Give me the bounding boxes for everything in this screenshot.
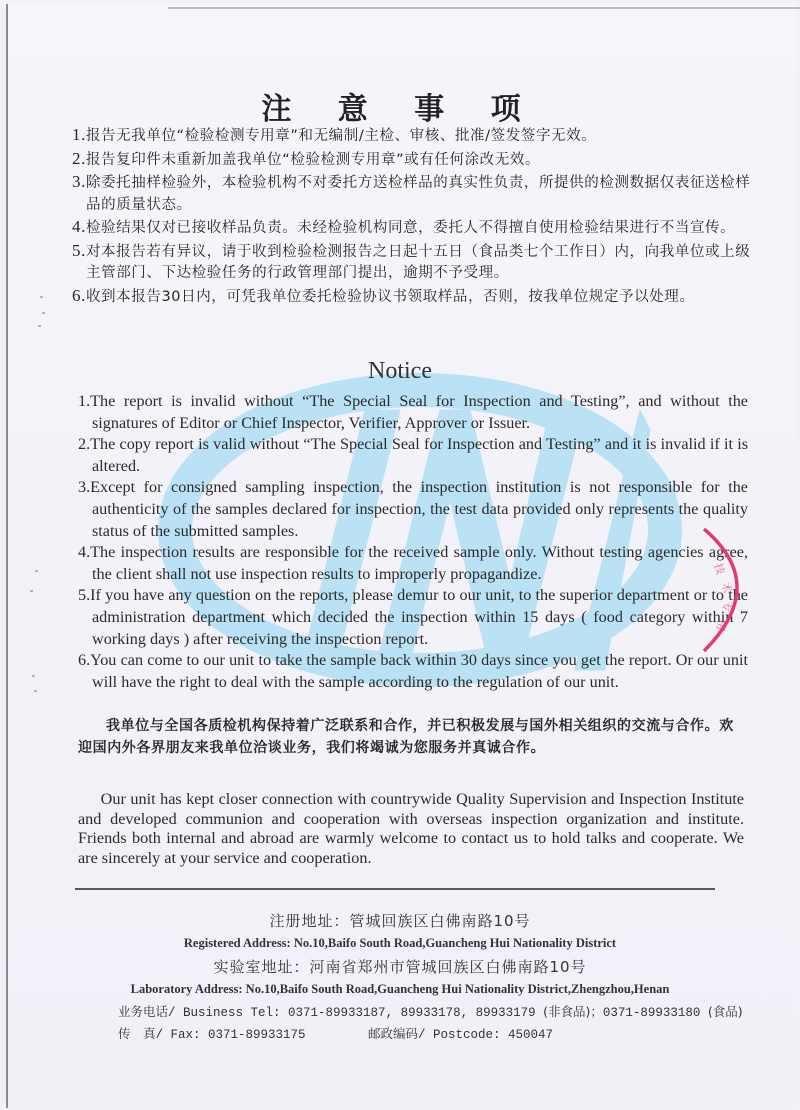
cn-note-item: 5.对本报告若有异议，请于收到检验检测报告之日起十五日（食品类七个工作日）内，向… — [72, 240, 752, 285]
fax-label-cn: 传 真 — [118, 1026, 156, 1041]
footer-divider — [75, 888, 715, 890]
business-tel: 业务电话/ Business Tel: 0371-89933187, 89933… — [118, 1002, 743, 1020]
scan-edge — [168, 7, 800, 9]
tel-label-cn: 业务电话 — [118, 1004, 168, 1019]
tel-label-en: / Business Tel: — [168, 1006, 288, 1020]
tel-food-tag: (食品) — [708, 1004, 743, 1019]
page-title-cn: 注 意 事 项 — [0, 84, 800, 128]
cooperation-text-en: Our unit has kept closer connection with… — [78, 790, 744, 868]
cn-note-item: 4.检验结果仅对已接收样品负责。未经检验机构同意，委托人不得擅自使用检验结果进行… — [72, 216, 752, 240]
en-note-item: 6.You can come to our unit to take the s… — [78, 650, 748, 693]
en-note-item: 3.Except for consigned sampling inspecti… — [78, 477, 748, 542]
scan-mark — [40, 296, 43, 298]
en-note-item: 5.If you have any question on the report… — [78, 585, 748, 650]
registered-address-en: Registered Address: No.10,Baifo South Ro… — [0, 936, 800, 951]
tel-nonfood-tag: (非食品) — [543, 1004, 590, 1019]
fax-label-en: / Fax: — [156, 1028, 209, 1042]
cn-note-item: 2.报告复印件未重新加盖我单位“检验检测专用章”或有任何涂改无效。 — [72, 148, 752, 172]
cooperation-text-cn: 我单位与全国各质检机构保持着广泛联系和合作，并已积极发展与国外相关组织的交流与合… — [78, 716, 742, 759]
scan-mark — [35, 570, 38, 572]
cn-note-item: 6.收到本报告30日内，可凭我单位委托检验协议书领取样品，否则，按我单位规定予以… — [72, 285, 752, 309]
en-note-item: 4.The inspection results are responsible… — [78, 542, 748, 585]
scan-mark — [38, 325, 41, 327]
en-notes-list: 1.The report is invalid without “The Spe… — [78, 391, 748, 693]
postcode: 邮政编码/ Postcode: 450047 — [368, 1024, 553, 1042]
cn-note-item: 3.除委托抽样检验外，本检验机构不对委托方送检样品的真实性负责，所提供的检测数据… — [72, 171, 752, 216]
scan-mark — [42, 312, 45, 314]
registered-address-cn: 注册地址：管城回族区白佛南路10号 — [0, 910, 800, 931]
lab-address-cn: 实验室地址：河南省郑州市管城回族区白佛南路10号 — [0, 956, 800, 977]
en-note-item: 2.The copy report is valid without “The … — [78, 434, 748, 477]
scan-mark — [34, 690, 37, 692]
fax-number: 0371-89933175 — [208, 1028, 306, 1042]
cn-notes-list: 1.报告无我单位“检验检测专用章”和无编制/主检、审核、批准/签发签字无效。 2… — [72, 124, 752, 308]
notice-title: Notice — [0, 358, 800, 385]
en-note-item: 1.The report is invalid without “The Spe… — [78, 391, 748, 434]
cn-note-item: 1.报告无我单位“检验检测专用章”和无编制/主检、审核、批准/签发签字无效。 — [72, 124, 752, 148]
scan-mark — [30, 590, 33, 592]
lab-address-en: Laboratory Address: No.10,Baifo South Ro… — [0, 982, 800, 997]
fax-and-postcode: 传 真/ Fax: 0371-89933175 邮政编码/ Postcode: … — [118, 1024, 306, 1042]
tel-food-number: 0371-89933180 — [603, 1006, 708, 1020]
tel-separator: ； — [590, 1004, 603, 1019]
tel-numbers-nonfood: 0371-89933187, 89933178, 89933179 — [288, 1006, 543, 1020]
scan-mark — [32, 675, 35, 677]
